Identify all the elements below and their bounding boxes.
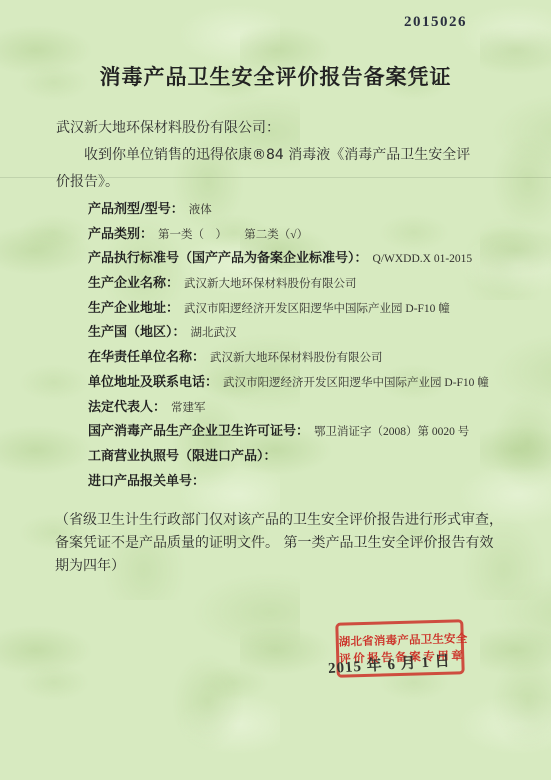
field-product-form: 产品剂型/型号：液体 bbox=[88, 196, 528, 221]
field-list: 产品剂型/型号：液体 产品类别：第一类（ ） 第二类（√） 产品执行标准号（国产… bbox=[88, 196, 528, 492]
field-legal-representative: 法定代表人：常建军 bbox=[88, 394, 528, 419]
field-production-country: 生产国（地区）：湖北武汉 bbox=[88, 319, 528, 344]
field-manufacturer-address: 生产企业地址：武汉市阳逻经济开发区阳逻华中国际产业园 D-F10 幢 bbox=[88, 295, 528, 320]
field-standard-number: 产品执行标准号（国产产品为备案企业标准号）：Q/WXDD.X 01-2015 bbox=[88, 245, 528, 270]
field-label: 单位地址及联系电话： bbox=[88, 375, 218, 390]
field-value: 武汉市阳逻经济开发区阳逻华中国际产业园 D-F10 幢 bbox=[184, 303, 450, 315]
field-label: 生产国（地区）： bbox=[88, 325, 186, 340]
field-responsible-unit: 在华责任单位名称：武汉新大地环保材料股份有限公司 bbox=[88, 344, 528, 369]
certificate-number: 2015026 bbox=[404, 14, 467, 31]
field-value: 常建军 bbox=[171, 402, 206, 414]
field-product-category: 产品类别：第一类（ ） 第二类（√） bbox=[88, 221, 528, 246]
field-value: 鄂卫消证字（2008）第 0020 号 bbox=[314, 426, 469, 438]
field-label: 法定代表人： bbox=[88, 400, 166, 415]
field-value: 液体 bbox=[189, 204, 212, 216]
field-label: 产品剂型/型号： bbox=[88, 202, 184, 217]
field-value: Q/WXDD.X 01-2015 bbox=[373, 253, 473, 265]
scan-artifact-line bbox=[0, 177, 551, 178]
field-label: 生产企业名称： bbox=[88, 276, 179, 291]
addressee-line: 武汉新大地环保材料股份有限公司： bbox=[56, 115, 480, 142]
certificate-title: 消毒产品卫生安全评价报告备案凭证 bbox=[0, 61, 551, 91]
field-label: 产品类别： bbox=[88, 227, 153, 242]
intro-block: 武汉新大地环保材料股份有限公司： 收到你单位销售的迅得依康®84 消毒液《消毒产… bbox=[56, 115, 480, 196]
field-value: 湖北武汉 bbox=[191, 327, 237, 339]
certificate-page: 2015026 消毒产品卫生安全评价报告备案凭证 武汉新大地环保材料股份有限公司… bbox=[0, 0, 551, 780]
field-label: 在华责任单位名称： bbox=[88, 350, 205, 365]
field-value: 武汉新大地环保材料股份有限公司 bbox=[210, 352, 383, 364]
field-manufacturer-name: 生产企业名称：武汉新大地环保材料股份有限公司 bbox=[88, 270, 528, 295]
intro-paragraph: 收到你单位销售的迅得依康®84 消毒液《消毒产品卫生安全评价报告》。 bbox=[56, 142, 480, 196]
field-value: 第一类（ ） 第二类（√） bbox=[158, 229, 308, 241]
note-paragraph: （省级卫生计生行政部门仅对该产品的卫生安全评价报告进行形式审查，备案凭证不是产品… bbox=[55, 509, 503, 578]
field-label: 产品执行标准号（国产产品为备案企业标准号）： bbox=[88, 251, 368, 266]
field-customs-declaration: 进口产品报关单号： bbox=[88, 468, 528, 493]
field-unit-address-phone: 单位地址及联系电话：武汉市阳逻经济开发区阳逻华中国际产业园 D-F10 幢 bbox=[88, 369, 528, 394]
field-value: 武汉新大地环保材料股份有限公司 bbox=[184, 278, 357, 290]
field-business-license: 工商营业执照号（限进口产品）： bbox=[88, 443, 528, 468]
field-label: 进口产品报关单号： bbox=[88, 474, 205, 489]
field-label: 工商营业执照号（限进口产品）： bbox=[88, 449, 277, 464]
field-hygiene-license: 国产消毒产品生产企业卫生许可证号：鄂卫消证字（2008）第 0020 号 bbox=[88, 418, 528, 443]
field-value: 武汉市阳逻经济开发区阳逻华中国际产业园 D-F10 幢 bbox=[223, 377, 489, 389]
field-label: 生产企业地址： bbox=[88, 301, 179, 316]
field-label: 国产消毒产品生产企业卫生许可证号： bbox=[88, 424, 309, 439]
